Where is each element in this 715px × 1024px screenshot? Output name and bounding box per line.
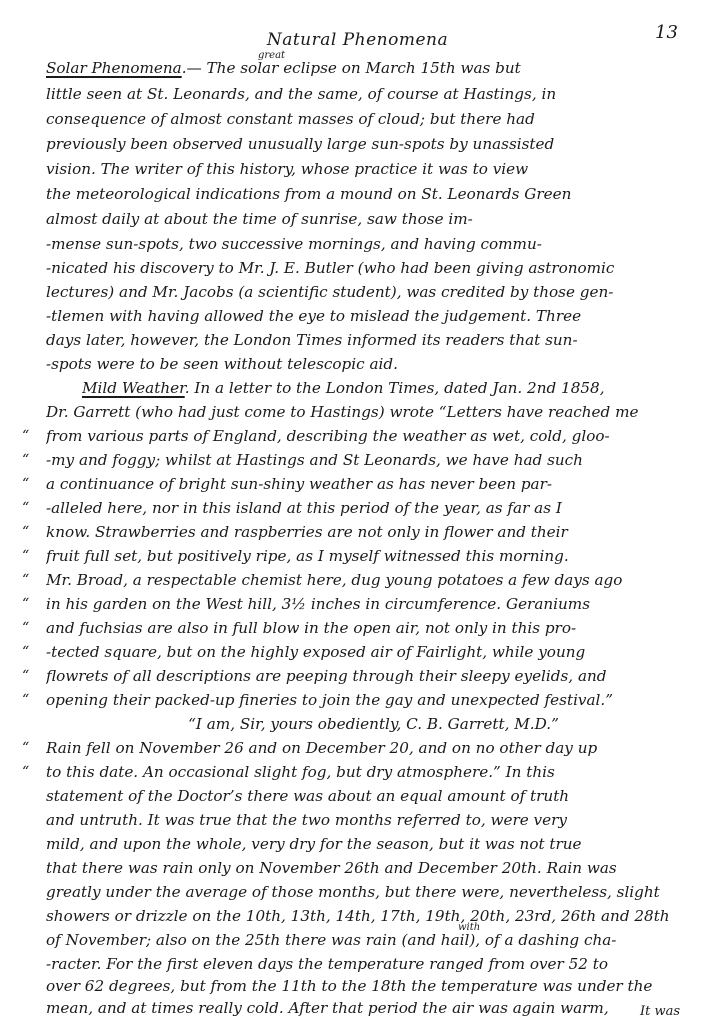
text-line: in his garden on the West hill, 3½ inche…	[46, 594, 701, 614]
text-line: almost daily at about the time of sunris…	[46, 209, 701, 229]
text-line: Mr. Broad, a respectable chemist here, d…	[46, 570, 701, 590]
quote-mark: “	[22, 596, 42, 612]
section-heading-mild-weather: Mild Weather	[82, 379, 185, 397]
text-line: -spots were to be seen without telescopi…	[46, 354, 701, 374]
page-number: 13	[655, 22, 678, 43]
text-line: -nicated his discovery to Mr. J. E. Butl…	[46, 258, 701, 278]
text-line: -racter. For the first eleven days the t…	[46, 954, 701, 974]
quote-mark: “	[22, 452, 42, 468]
text-line: greatly under the average of those month…	[46, 882, 701, 902]
text-line: previously been observed unusually large…	[46, 134, 701, 154]
quote-mark: “	[22, 500, 42, 516]
text-line: mild, and upon the whole, very dry for t…	[46, 834, 701, 854]
text-line: little seen at St. Leonards, and the sam…	[46, 84, 701, 104]
text-line: -alleled here, nor in this island at thi…	[46, 498, 701, 518]
insertion-great: great	[258, 50, 285, 61]
text-line: Mild Weather. In a letter to the London …	[82, 378, 702, 398]
insertion-with: with	[458, 922, 480, 933]
text-line: days later, however, the London Times in…	[46, 330, 701, 350]
text-line: opening their packed-up fineries to join…	[46, 690, 701, 710]
text-line: -tected square, but on the highly expose…	[46, 642, 701, 662]
text-line: Rain fell on November 26 and on December…	[46, 738, 701, 758]
text-line: flowrets of all descriptions are peeping…	[46, 666, 701, 686]
text-line: that there was rain only on November 26t…	[46, 858, 701, 878]
text-line: consequence of almost constant masses of…	[46, 109, 701, 129]
text-line: and untruth. It was true that the two mo…	[46, 810, 701, 830]
quote-mark: “	[22, 740, 42, 756]
text-line: over 62 degrees, but from the 11th to th…	[46, 976, 701, 996]
text-line: lectures) and Mr. Jacobs (a scientific s…	[46, 282, 701, 302]
quote-mark: “	[22, 668, 42, 684]
text-line: Solar Phenomena.— The solar eclipse on M…	[46, 58, 701, 78]
text-line: -tlemen with having allowed the eye to m…	[46, 306, 701, 326]
quote-mark: “	[22, 692, 42, 708]
text-line: from various parts of England, describin…	[46, 426, 701, 446]
text-line: fruit full set, but positively ripe, as …	[46, 546, 701, 566]
quote-mark: “	[22, 548, 42, 564]
quote-mark: “	[22, 644, 42, 660]
text-line: and fuchsias are also in full blow in th…	[46, 618, 701, 638]
quote-mark: “	[22, 524, 42, 540]
page-title: Natural Phenomena	[0, 30, 715, 50]
manuscript-page: Natural Phenomena 13 Solar Phenomena.— T…	[0, 0, 715, 1024]
text-line: mean, and at times really cold. After th…	[46, 998, 701, 1018]
text-line: know. Strawberries and raspberries are n…	[46, 522, 701, 542]
text-line: Dr. Garrett (who had just come to Hastin…	[46, 402, 701, 422]
text-line: the meteorological indications from a mo…	[46, 184, 701, 204]
signature-line: “I am, Sir, yours obediently, C. B. Garr…	[46, 714, 701, 734]
text-line: a continuance of bright sun-shiny weathe…	[46, 474, 701, 494]
catchword: It was	[640, 1004, 680, 1019]
quote-mark: “	[22, 764, 42, 780]
text-line: -mense sun-spots, two successive morning…	[46, 234, 701, 254]
text-line: vision. The writer of this history, whos…	[46, 159, 701, 179]
quote-mark: “	[22, 428, 42, 444]
text-line: of November; also on the 25th there was …	[46, 930, 701, 950]
text-line: -my and foggy; whilst at Hastings and St…	[46, 450, 701, 470]
text-line: statement of the Doctor’s there was abou…	[46, 786, 701, 806]
quote-mark: “	[22, 476, 42, 492]
quote-mark: “	[22, 572, 42, 588]
section-heading-solar: Solar Phenomena	[46, 59, 182, 77]
quote-mark: “	[22, 620, 42, 636]
text-line: showers or drizzle on the 10th, 13th, 14…	[46, 906, 701, 926]
text-line: to this date. An occasional slight fog, …	[46, 762, 701, 782]
